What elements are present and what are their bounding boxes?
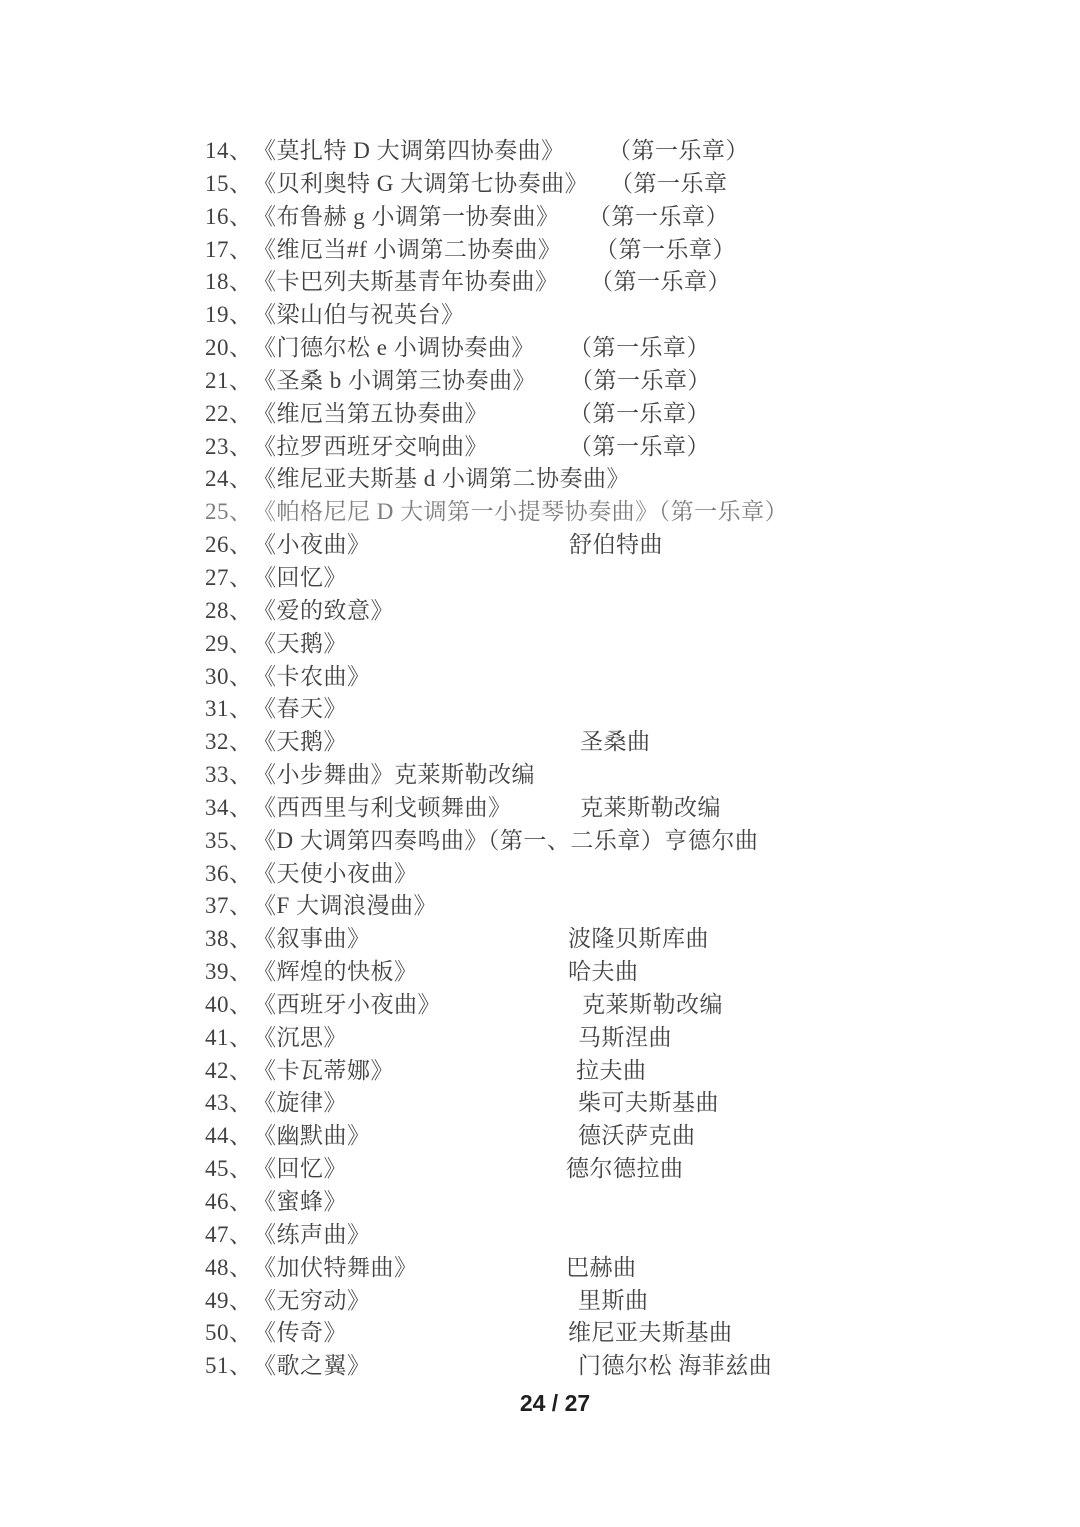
item-annotation: （第一乐章）	[569, 398, 710, 431]
item-number: 26、	[205, 529, 253, 562]
repertoire-list: 14、 《莫扎特 D 大调第四协奏曲》 （第一乐章） 15、 《贝利奥特 G 大…	[0, 135, 1080, 1383]
item-number: 36、	[205, 858, 253, 891]
item-title: 《拉罗西班牙交响曲》	[253, 431, 488, 464]
item-number: 41、	[205, 1022, 253, 1055]
list-item: 20、 《门德尔松 e 小调协奏曲》 （第一乐章）	[0, 332, 1080, 365]
item-annotation: 克莱斯勒改编	[580, 792, 721, 825]
item-title: 《春天》	[253, 693, 347, 726]
item-title: 《天使小夜曲》	[253, 858, 418, 891]
item-title: 《沉思》	[253, 1022, 347, 1055]
item-number: 31、	[205, 693, 253, 726]
item-title: 《歌之翼》	[253, 1350, 371, 1383]
item-number: 21、	[205, 365, 253, 398]
item-number: 47、	[205, 1219, 253, 1252]
item-title: 《幽默曲》	[253, 1120, 371, 1153]
list-item: 23、 《拉罗西班牙交响曲》 （第一乐章）	[0, 431, 1080, 464]
item-number: 50、	[205, 1317, 253, 1350]
item-annotation: （第一乐章	[610, 168, 728, 201]
list-item: 50、 《传奇》 维尼亚夫斯基曲	[0, 1317, 1080, 1350]
list-item: 29、 《天鹅》	[0, 628, 1080, 661]
item-number: 22、	[205, 398, 253, 431]
list-item: 42、 《卡瓦蒂娜》 拉夫曲	[0, 1055, 1080, 1088]
item-annotation: （第一乐章）	[569, 431, 710, 464]
item-title: 《辉煌的快板》	[253, 956, 418, 989]
item-title: 《维厄当#f 小调第二协奏曲》	[253, 234, 561, 267]
item-annotation: 舒伯特曲	[569, 529, 663, 562]
list-item: 45、 《回忆》 德尔德拉曲	[0, 1153, 1080, 1186]
item-title: 《D 大调第四奏鸣曲》（第一、二乐章）亨德尔曲	[253, 825, 758, 858]
item-number: 25、	[205, 496, 253, 529]
item-title: 《西班牙小夜曲》	[253, 989, 441, 1022]
item-annotation: 哈夫曲	[568, 956, 639, 989]
list-item: 25、 《帕格尼尼 D 大调第一小提琴协奏曲》（第一乐章）	[0, 496, 1080, 529]
item-number: 30、	[205, 661, 253, 694]
item-title: 《帕格尼尼 D 大调第一小提琴协奏曲》（第一乐章）	[253, 496, 788, 529]
item-number: 45、	[205, 1153, 253, 1186]
list-item: 51、 《歌之翼》 门德尔松 海菲兹曲	[0, 1350, 1080, 1383]
item-title: 《爱的致意》	[253, 595, 394, 628]
item-annotation: 波隆贝斯库曲	[568, 923, 709, 956]
item-title: 《旋律》	[253, 1087, 347, 1120]
item-annotation: （第一乐章）	[595, 234, 736, 267]
item-annotation: 拉夫曲	[576, 1055, 647, 1088]
item-annotation: （第一乐章）	[570, 365, 711, 398]
item-number: 18、	[205, 266, 253, 299]
item-title: 《卡农曲》	[253, 661, 371, 694]
list-item: 34、 《西西里与利戈顿舞曲》 克莱斯勒改编	[0, 792, 1080, 825]
item-annotation: 马斯涅曲	[578, 1022, 672, 1055]
item-title: 《圣桑 b 小调第三协奏曲》	[253, 365, 536, 398]
item-annotation: 德尔德拉曲	[566, 1153, 684, 1186]
item-annotation: （第一乐章）	[608, 135, 749, 168]
item-title: 《加伏特舞曲》	[253, 1252, 418, 1285]
item-annotation: 圣桑曲	[580, 726, 651, 759]
item-number: 19、	[205, 299, 253, 332]
list-item: 48、 《加伏特舞曲》 巴赫曲	[0, 1252, 1080, 1285]
item-annotation: 柴可夫斯基曲	[578, 1087, 719, 1120]
item-number: 32、	[205, 726, 253, 759]
item-title: 《小步舞曲》克莱斯勒改编	[253, 759, 535, 792]
item-title: 《维厄当第五协奏曲》	[253, 398, 488, 431]
item-annotation: （第一乐章）	[588, 201, 729, 234]
item-title: 《回忆》	[253, 562, 347, 595]
list-item: 35、 《D 大调第四奏鸣曲》（第一、二乐章）亨德尔曲	[0, 825, 1080, 858]
list-item: 19、 《梁山伯与祝英台》	[0, 299, 1080, 332]
item-annotation: 门德尔松 海菲兹曲	[578, 1350, 772, 1383]
item-number: 35、	[205, 825, 253, 858]
item-title: 《梁山伯与祝英台》	[253, 299, 465, 332]
item-number: 38、	[205, 923, 253, 956]
item-annotation: 巴赫曲	[566, 1252, 637, 1285]
item-number: 51、	[205, 1350, 253, 1383]
item-title: 《天鹅》	[253, 628, 347, 661]
list-item: 27、 《回忆》	[0, 562, 1080, 595]
item-number: 28、	[205, 595, 253, 628]
list-item: 26、 《小夜曲》 舒伯特曲	[0, 529, 1080, 562]
item-title: 《卡瓦蒂娜》	[253, 1055, 394, 1088]
item-number: 20、	[205, 332, 253, 365]
item-number: 23、	[205, 431, 253, 464]
list-item: 32、 《天鹅》 圣桑曲	[0, 726, 1080, 759]
list-item: 49、 《无穷动》 里斯曲	[0, 1285, 1080, 1318]
item-number: 33、	[205, 759, 253, 792]
item-number: 27、	[205, 562, 253, 595]
item-number: 39、	[205, 956, 253, 989]
item-title: 《维尼亚夫斯基 d 小调第二协奏曲》	[253, 463, 630, 496]
list-item: 36、 《天使小夜曲》	[0, 858, 1080, 891]
item-number: 16、	[205, 201, 253, 234]
item-number: 48、	[205, 1252, 253, 1285]
list-item: 22、 《维厄当第五协奏曲》 （第一乐章）	[0, 398, 1080, 431]
list-item: 43、 《旋律》 柴可夫斯基曲	[0, 1087, 1080, 1120]
list-item: 30、 《卡农曲》	[0, 661, 1080, 694]
list-item: 31、 《春天》	[0, 693, 1080, 726]
item-number: 40、	[205, 989, 253, 1022]
item-number: 42、	[205, 1055, 253, 1088]
item-number: 29、	[205, 628, 253, 661]
list-item: 17、 《维厄当#f 小调第二协奏曲》 （第一乐章）	[0, 234, 1080, 267]
item-number: 14、	[205, 135, 253, 168]
list-item: 28、 《爱的致意》	[0, 595, 1080, 628]
item-title: 《天鹅》	[253, 726, 347, 759]
item-number: 46、	[205, 1186, 253, 1219]
item-number: 24、	[205, 463, 253, 496]
list-item: 44、 《幽默曲》 德沃萨克曲	[0, 1120, 1080, 1153]
item-annotation: （第一乐章）	[569, 332, 710, 365]
page-number: 24 / 27	[0, 1390, 1080, 1417]
document-page: 14、 《莫扎特 D 大调第四协奏曲》 （第一乐章） 15、 《贝利奥特 G 大…	[0, 0, 1080, 1527]
list-item: 47、 《练声曲》	[0, 1219, 1080, 1252]
list-item: 41、 《沉思》 马斯涅曲	[0, 1022, 1080, 1055]
list-item: 16、 《布鲁赫 g 小调第一协奏曲》 （第一乐章）	[0, 201, 1080, 234]
item-number: 34、	[205, 792, 253, 825]
item-number: 43、	[205, 1087, 253, 1120]
item-title: 《无穷动》	[253, 1285, 371, 1318]
list-item: 24、 《维尼亚夫斯基 d 小调第二协奏曲》	[0, 463, 1080, 496]
item-title: 《贝利奥特 G 大调第七协奏曲》	[253, 168, 588, 201]
list-item: 39、 《辉煌的快板》 哈夫曲	[0, 956, 1080, 989]
item-annotation: 德沃萨克曲	[578, 1120, 696, 1153]
item-title: 《门德尔松 e 小调协奏曲》	[253, 332, 535, 365]
list-item: 14、 《莫扎特 D 大调第四协奏曲》 （第一乐章）	[0, 135, 1080, 168]
item-title: 《传奇》	[253, 1317, 347, 1350]
item-number: 15、	[205, 168, 253, 201]
list-item: 15、 《贝利奥特 G 大调第七协奏曲》 （第一乐章	[0, 168, 1080, 201]
item-title: 《莫扎特 D 大调第四协奏曲》	[253, 135, 565, 168]
item-title: 《西西里与利戈顿舞曲》	[253, 792, 512, 825]
item-annotation: （第一乐章）	[590, 266, 731, 299]
list-item: 18、 《卡巴列夫斯基青年协奏曲》 （第一乐章）	[0, 266, 1080, 299]
item-title: 《卡巴列夫斯基青年协奏曲》	[253, 266, 559, 299]
list-item: 38、 《叙事曲》 波隆贝斯库曲	[0, 923, 1080, 956]
item-annotation: 维尼亚夫斯基曲	[568, 1317, 733, 1350]
list-item: 33、 《小步舞曲》克莱斯勒改编	[0, 759, 1080, 792]
item-title: 《回忆》	[253, 1153, 347, 1186]
list-item: 21、 《圣桑 b 小调第三协奏曲》 （第一乐章）	[0, 365, 1080, 398]
item-title: 《叙事曲》	[253, 923, 371, 956]
item-number: 44、	[205, 1120, 253, 1153]
item-title: 《F 大调浪漫曲》	[253, 890, 437, 923]
item-number: 49、	[205, 1285, 253, 1318]
item-title: 《练声曲》	[253, 1219, 371, 1252]
item-annotation: 里斯曲	[578, 1285, 649, 1318]
item-title: 《布鲁赫 g 小调第一协奏曲》	[253, 201, 560, 234]
item-annotation: 克莱斯勒改编	[582, 989, 723, 1022]
item-number: 17、	[205, 234, 253, 267]
item-title: 《蜜蜂》	[253, 1186, 347, 1219]
list-item: 40、 《西班牙小夜曲》 克莱斯勒改编	[0, 989, 1080, 1022]
item-title: 《小夜曲》	[253, 529, 371, 562]
list-item: 37、 《F 大调浪漫曲》	[0, 890, 1080, 923]
item-number: 37、	[205, 890, 253, 923]
list-item: 46、 《蜜蜂》	[0, 1186, 1080, 1219]
